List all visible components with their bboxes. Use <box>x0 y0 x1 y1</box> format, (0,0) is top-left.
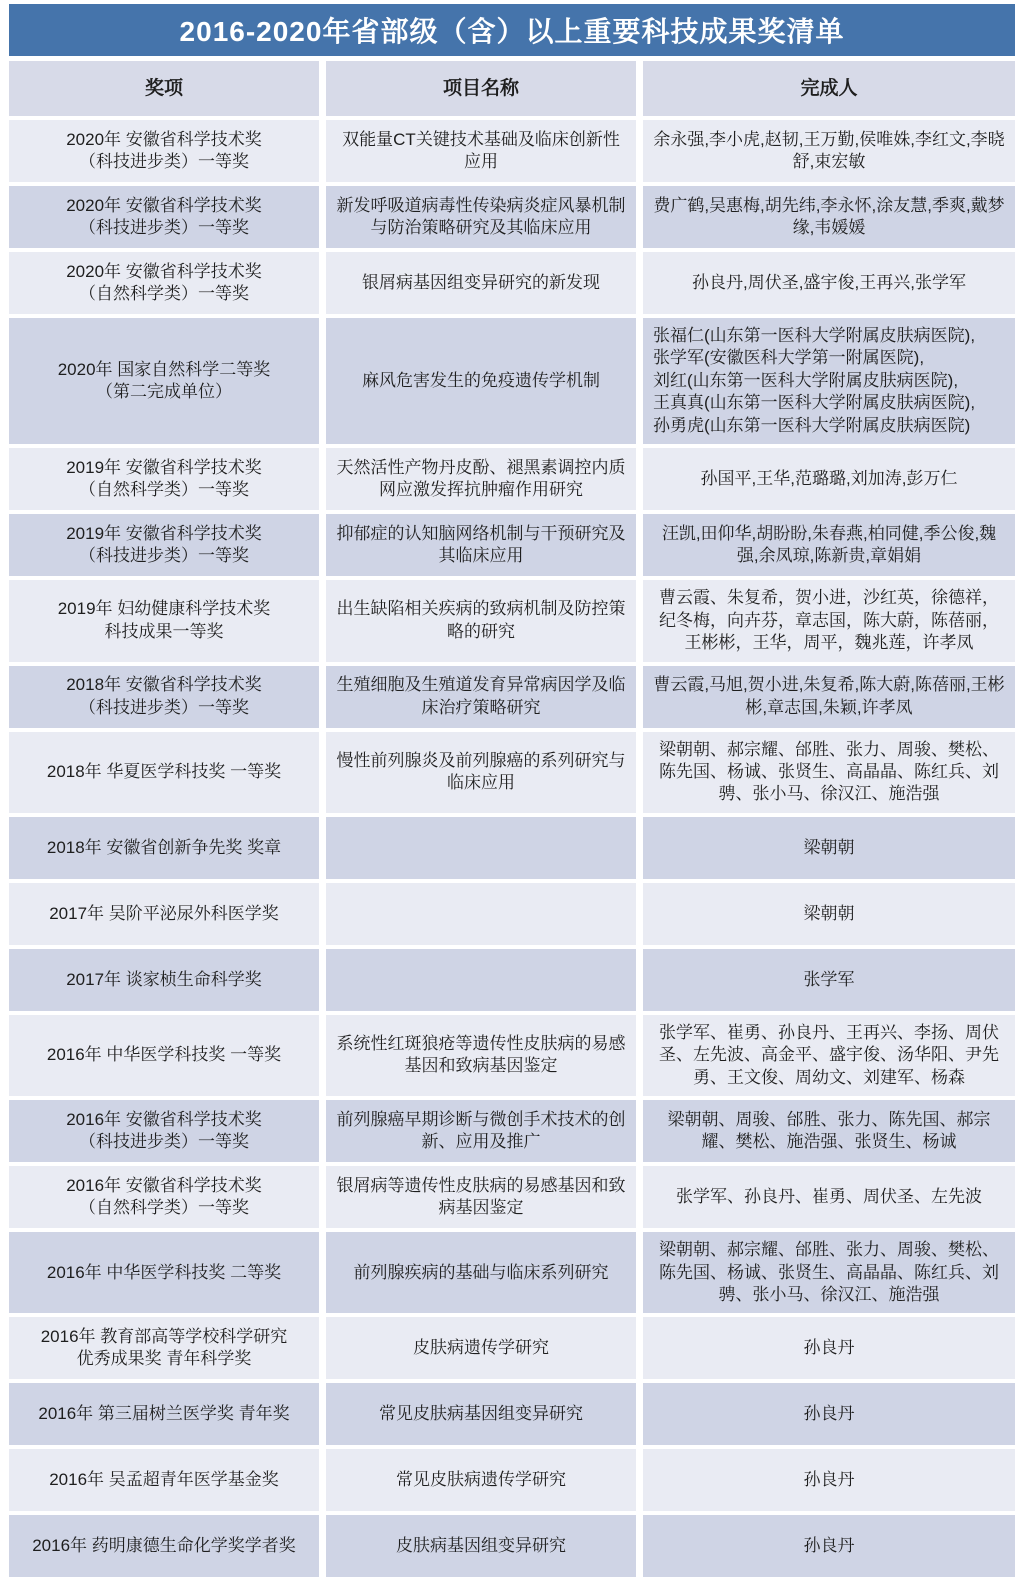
project-cell <box>326 817 636 879</box>
project-cell: 生殖细胞及生殖道发育异常病因学及临床治疗策略研究 <box>326 666 636 728</box>
award-cell: 2017年 吴阶平泌尿外科医学奖 <box>9 883 319 945</box>
award-cell: 2018年 安徽省科学技术奖 （科技进步类）一等奖 <box>9 666 319 728</box>
table-row: 2017年 谈家桢生命科学奖张学军 <box>9 949 1015 1011</box>
table-row: 2018年 华夏医学科技奖 一等奖慢性前列腺炎及前列腺癌的系列研究与临床应用梁朝… <box>9 732 1015 813</box>
project-cell: 皮肤病遗传学研究 <box>326 1317 636 1379</box>
completers-cell: 曹云霞、朱复希，贺小进，沙红英，徐德祥，纪冬梅，向卉芬，章志国，陈大蔚，陈蓓丽，… <box>643 580 1015 661</box>
completers-cell: 孙良丹 <box>643 1449 1015 1511</box>
project-cell <box>326 883 636 945</box>
award-cell: 2020年 国家自然科学二等奖 （第二完成单位） <box>9 318 319 444</box>
completers-cell: 孙国平,王华,范璐璐,刘加涛,彭万仁 <box>643 448 1015 510</box>
table-body: 2020年 安徽省科学技术奖 （科技进步类）一等奖双能量CT关键技术基础及临床创… <box>9 120 1015 1577</box>
table-row: 2016年 药明康德生命化学奖学者奖皮肤病基因组变异研究孙良丹 <box>9 1515 1015 1577</box>
project-cell: 前列腺癌早期诊断与微创手术技术的创新、应用及推广 <box>326 1100 636 1162</box>
project-cell: 常见皮肤病遗传学研究 <box>326 1449 636 1511</box>
project-cell: 常见皮肤病基因组变异研究 <box>326 1383 636 1445</box>
award-cell: 2020年 安徽省科学技术奖 （自然科学类）一等奖 <box>9 252 319 314</box>
award-cell: 2016年 吴孟超青年医学基金奖 <box>9 1449 319 1511</box>
project-cell: 新发呼吸道病毒性传染病炎症风暴机制与防治策略研究及其临床应用 <box>326 186 636 248</box>
table-row: 2016年 中华医学科技奖 一等奖系统性红斑狼疮等遗传性皮肤病的易感基因和致病基… <box>9 1015 1015 1096</box>
award-cell: 2016年 中华医学科技奖 一等奖 <box>9 1015 319 1096</box>
table-row: 2016年 安徽省科学技术奖 （自然科学类）一等奖银屑病等遗传性皮肤病的易感基因… <box>9 1166 1015 1228</box>
completers-cell: 汪凯,田仰华,胡盼盼,朱春燕,柏同健,季公俊,魏强,余凤琼,陈新贵,章娟娟 <box>643 514 1015 576</box>
award-cell: 2018年 安徽省创新争先奖 奖章 <box>9 817 319 879</box>
project-cell <box>326 949 636 1011</box>
table-row: 2016年 中华医学科技奖 二等奖前列腺疾病的基础与临床系列研究梁朝朝、郝宗耀、… <box>9 1232 1015 1313</box>
table-row: 2020年 安徽省科学技术奖 （科技进步类）一等奖新发呼吸道病毒性传染病炎症风暴… <box>9 186 1015 248</box>
project-cell: 银屑病基因组变异研究的新发现 <box>326 252 636 314</box>
award-cell: 2018年 华夏医学科技奖 一等奖 <box>9 732 319 813</box>
column-header-award: 奖项 <box>9 61 319 116</box>
table-row: 2019年 安徽省科学技术奖 （自然科学类）一等奖天然活性产物丹皮酚、褪黑素调控… <box>9 448 1015 510</box>
table-row: 2020年 安徽省科学技术奖 （科技进步类）一等奖双能量CT关键技术基础及临床创… <box>9 120 1015 182</box>
award-cell: 2016年 中华医学科技奖 二等奖 <box>9 1232 319 1313</box>
table-row: 2016年 教育部高等学校科学研究 优秀成果奖 青年科学奖皮肤病遗传学研究孙良丹 <box>9 1317 1015 1379</box>
award-cell: 2016年 教育部高等学校科学研究 优秀成果奖 青年科学奖 <box>9 1317 319 1379</box>
award-cell: 2019年 安徽省科学技术奖 （自然科学类）一等奖 <box>9 448 319 510</box>
completers-cell: 张学军、崔勇、孙良丹、王再兴、李扬、周伏圣、左先波、高金平、盛宇俊、汤华阳、尹先… <box>643 1015 1015 1096</box>
completers-cell: 孙良丹 <box>643 1515 1015 1577</box>
table-row: 2020年 安徽省科学技术奖 （自然科学类）一等奖银屑病基因组变异研究的新发现孙… <box>9 252 1015 314</box>
table-row: 2018年 安徽省科学技术奖 （科技进步类）一等奖生殖细胞及生殖道发育异常病因学… <box>9 666 1015 728</box>
completers-cell: 梁朝朝、郝宗耀、邰胜、张力、周骏、樊松、陈先国、杨诚、张贤生、高晶晶、陈红兵、刘… <box>643 1232 1015 1313</box>
project-cell: 前列腺疾病的基础与临床系列研究 <box>326 1232 636 1313</box>
table-header-row: 奖项 项目名称 完成人 <box>9 61 1015 116</box>
page-title: 2016-2020年省部级（含）以上重要科技成果奖清单 <box>9 4 1015 56</box>
project-cell: 系统性红斑狼疮等遗传性皮肤病的易感基因和致病基因鉴定 <box>326 1015 636 1096</box>
project-cell: 银屑病等遗传性皮肤病的易感基因和致病基因鉴定 <box>326 1166 636 1228</box>
completers-cell: 梁朝朝、周骏、邰胜、张力、陈先国、郝宗耀、樊松、施浩强、张贤生、杨诚 <box>643 1100 1015 1162</box>
completers-cell: 张福仁(山东第一医科大学附属皮肤病医院), 张学军(安徽医科大学第一附属医院),… <box>643 318 1015 444</box>
table-row: 2016年 第三届树兰医学奖 青年奖常见皮肤病基因组变异研究孙良丹 <box>9 1383 1015 1445</box>
award-cell: 2016年 药明康德生命化学奖学者奖 <box>9 1515 319 1577</box>
table-row: 2019年 妇幼健康科学技术奖 科技成果一等奖出生缺陷相关疾病的致病机制及防控策… <box>9 580 1015 661</box>
completers-cell: 孙良丹,周伏圣,盛宇俊,王再兴,张学军 <box>643 252 1015 314</box>
award-cell: 2016年 第三届树兰医学奖 青年奖 <box>9 1383 319 1445</box>
award-cell: 2017年 谈家桢生命科学奖 <box>9 949 319 1011</box>
completers-cell: 曹云霞,马旭,贺小进,朱复希,陈大蔚,陈蓓丽,王彬彬,章志国,朱颖,许孝凤 <box>643 666 1015 728</box>
project-cell: 慢性前列腺炎及前列腺癌的系列研究与临床应用 <box>326 732 636 813</box>
completers-cell: 费广鹤,吴惠梅,胡先纬,李永怀,涂友慧,季爽,戴梦缘,韦媛媛 <box>643 186 1015 248</box>
award-cell: 2016年 安徽省科学技术奖 （科技进步类）一等奖 <box>9 1100 319 1162</box>
table-row: 2016年 吴孟超青年医学基金奖常见皮肤病遗传学研究孙良丹 <box>9 1449 1015 1511</box>
project-cell: 出生缺陷相关疾病的致病机制及防控策略的研究 <box>326 580 636 661</box>
award-cell: 2019年 安徽省科学技术奖 （科技进步类）一等奖 <box>9 514 319 576</box>
completers-cell: 余永强,李小虎,赵韧,王万勤,侯唯姝,李红文,李晓舒,束宏敏 <box>643 120 1015 182</box>
completers-cell: 孙良丹 <box>643 1383 1015 1445</box>
completers-cell: 梁朝朝、郝宗耀、邰胜、张力、周骏、樊松、陈先国、杨诚、张贤生、高晶晶、陈红兵、刘… <box>643 732 1015 813</box>
table-row: 2016年 安徽省科学技术奖 （科技进步类）一等奖前列腺癌早期诊断与微创手术技术… <box>9 1100 1015 1162</box>
project-cell: 皮肤病基因组变异研究 <box>326 1515 636 1577</box>
table-row: 2019年 安徽省科学技术奖 （科技进步类）一等奖抑郁症的认知脑网络机制与干预研… <box>9 514 1015 576</box>
completers-cell: 梁朝朝 <box>643 883 1015 945</box>
table-row: 2020年 国家自然科学二等奖 （第二完成单位）麻风危害发生的免疫遗传学机制张福… <box>9 318 1015 444</box>
column-header-completers: 完成人 <box>643 61 1015 116</box>
completers-cell: 张学军 <box>643 949 1015 1011</box>
completers-cell: 孙良丹 <box>643 1317 1015 1379</box>
completers-cell: 梁朝朝 <box>643 817 1015 879</box>
award-cell: 2016年 安徽省科学技术奖 （自然科学类）一等奖 <box>9 1166 319 1228</box>
project-cell: 天然活性产物丹皮酚、褪黑素调控内质网应激发挥抗肿瘤作用研究 <box>326 448 636 510</box>
completers-cell: 张学军、孙良丹、崔勇、周伏圣、左先波 <box>643 1166 1015 1228</box>
project-cell: 麻风危害发生的免疫遗传学机制 <box>326 318 636 444</box>
table-row: 2018年 安徽省创新争先奖 奖章梁朝朝 <box>9 817 1015 879</box>
column-header-project: 项目名称 <box>326 61 636 116</box>
project-cell: 抑郁症的认知脑网络机制与干预研究及其临床应用 <box>326 514 636 576</box>
award-cell: 2020年 安徽省科学技术奖 （科技进步类）一等奖 <box>9 120 319 182</box>
awards-table-page: 2016-2020年省部级（含）以上重要科技成果奖清单 奖项 项目名称 完成人 … <box>9 0 1015 1589</box>
table-row: 2017年 吴阶平泌尿外科医学奖梁朝朝 <box>9 883 1015 945</box>
project-cell: 双能量CT关键技术基础及临床创新性应用 <box>326 120 636 182</box>
award-cell: 2020年 安徽省科学技术奖 （科技进步类）一等奖 <box>9 186 319 248</box>
award-cell: 2019年 妇幼健康科学技术奖 科技成果一等奖 <box>9 580 319 661</box>
